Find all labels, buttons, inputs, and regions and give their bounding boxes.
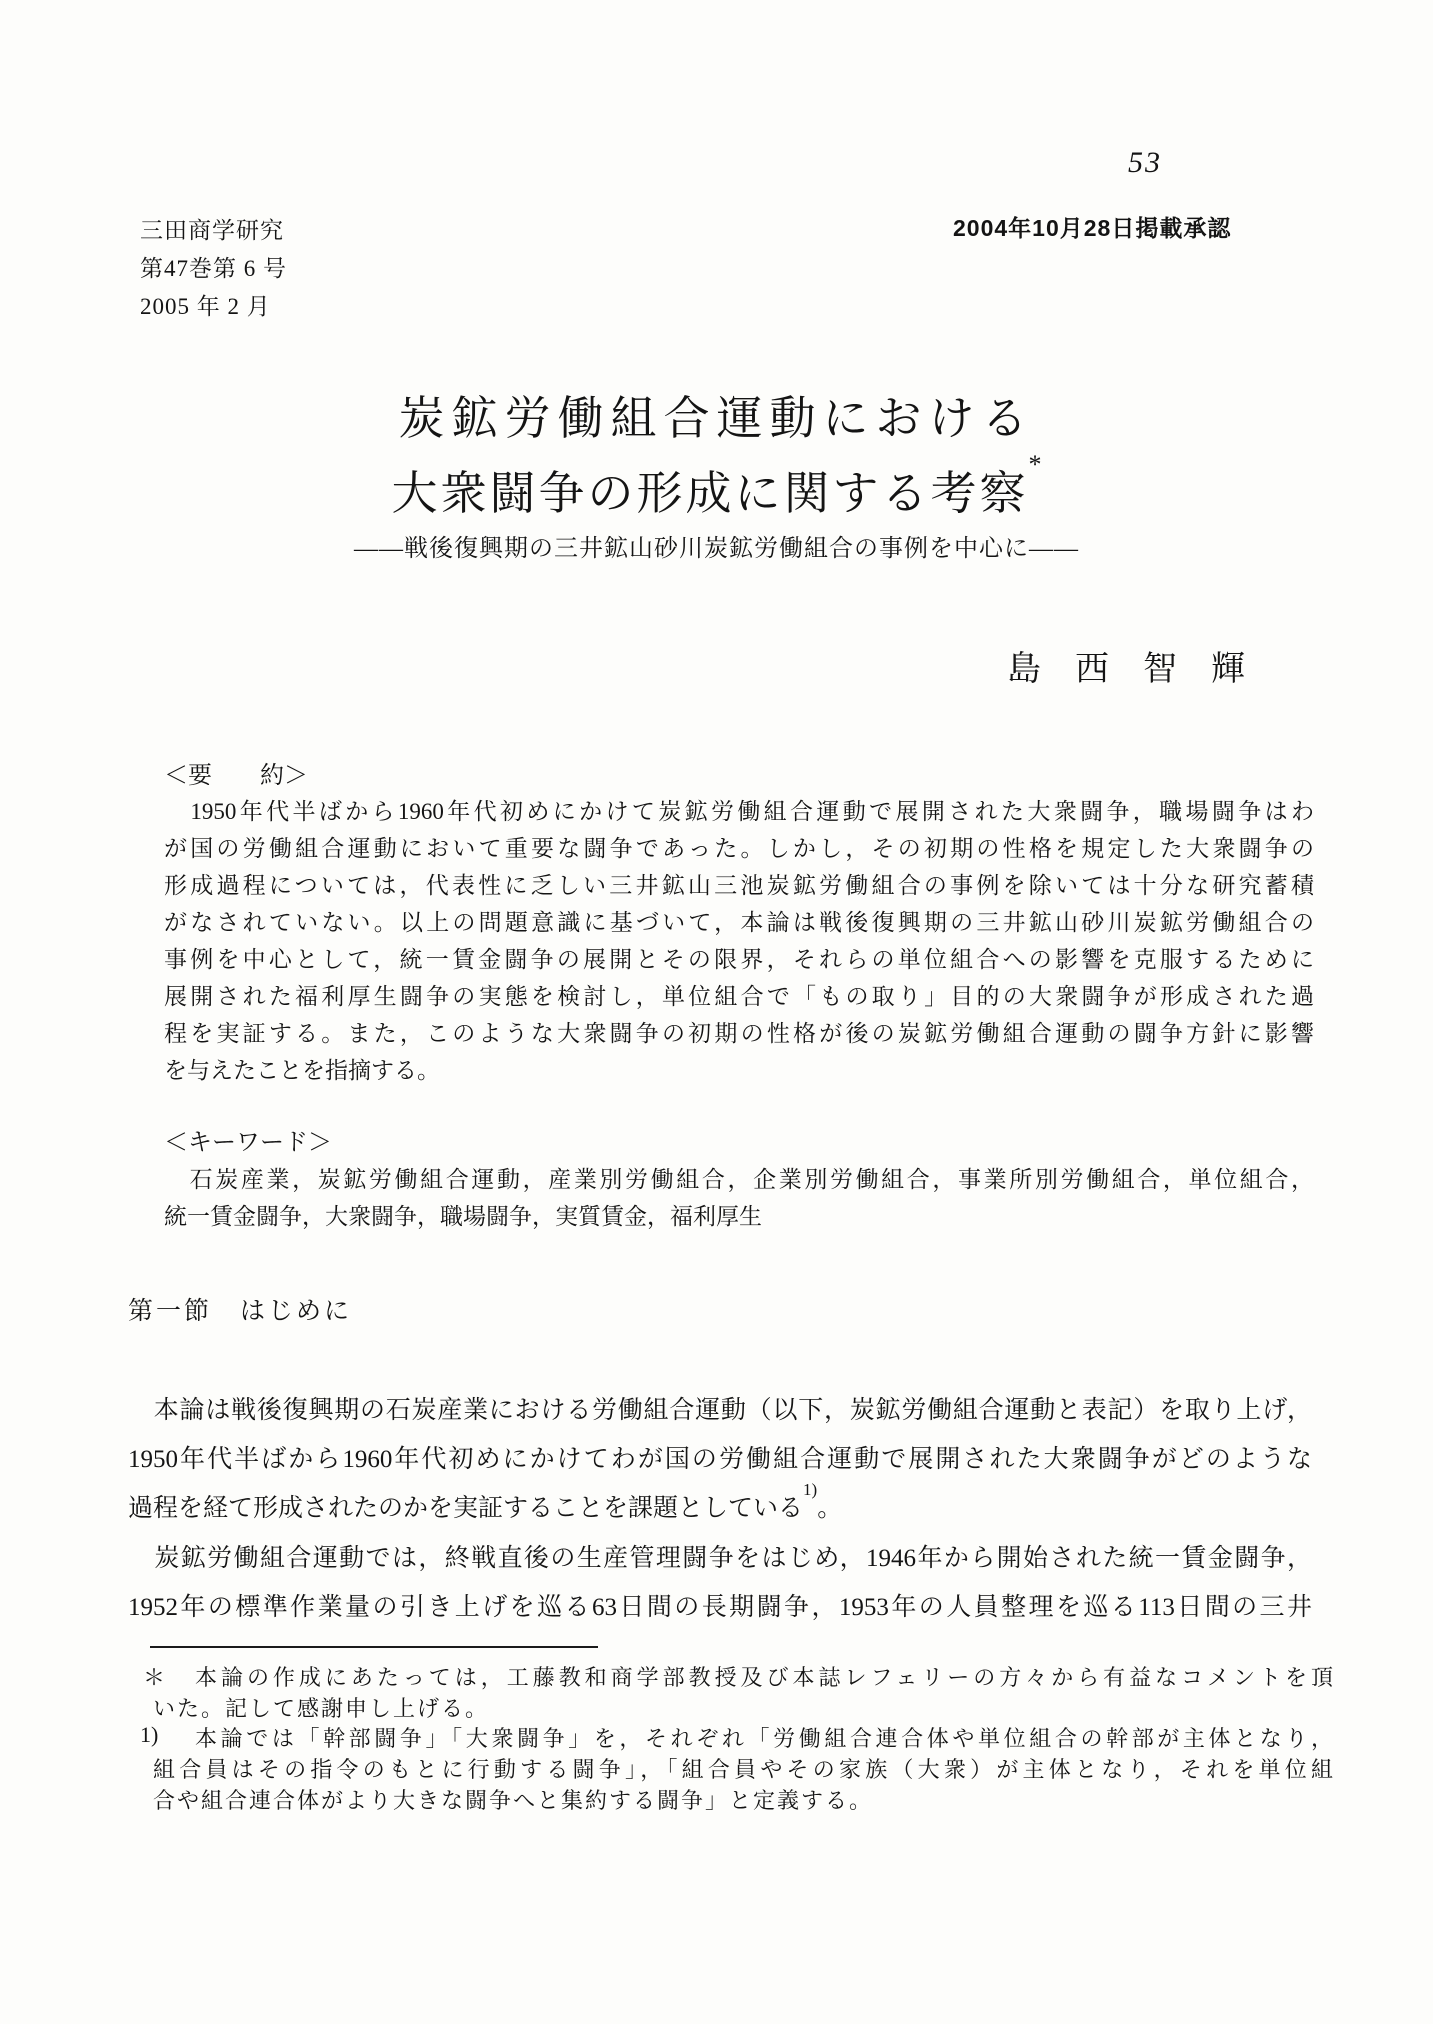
body-paragraph2-line: 1952年の標準作業量の引き上げを巡る63日間の長期闘争，1953年の人員整理を…: [128, 1587, 1312, 1623]
body-paragraph1-line: 過程を経て形成されたのかを実証することを課題としている1)。: [128, 1488, 1312, 1524]
footnote-star-line: いた。記して感謝申し上げる。: [153, 1692, 489, 1723]
journal-name: 三田商学研究: [140, 212, 284, 245]
footnote-1-line: 組合員はその指令のもとに行動する闘争」，「組合員やその家族（大衆）が主体となり，…: [153, 1753, 1335, 1784]
section-heading: 第一節 はじめに: [128, 1291, 352, 1327]
keywords-line: 統一賃金闘争，大衆闘争，職場闘争，実質賃金，福利厚生: [164, 1198, 1314, 1231]
footnote-separator-rule: [150, 1646, 598, 1648]
footnote-1-marker: 1): [140, 1722, 158, 1748]
body-paragraph1-line: 1950年代半ばから1960年代初めにかけてわが国の労働組合運動で展開された大衆…: [128, 1439, 1312, 1475]
keywords-line: 石炭産業，炭鉱労働組合運動，産業別労働組合，企業別労働組合，事業所別労働組合，単…: [164, 1161, 1314, 1194]
paper-subtitle: ——戦後復興期の三井鉱山砂川炭鉱労働組合の事例を中心に——: [0, 528, 1433, 563]
acceptance-note: 2004年10月28日掲載承認: [953, 210, 1231, 243]
abstract-line: 展開された福利厚生闘争の実態を検討し，単位組合で「もの取り」目的の大衆闘争が形成…: [164, 978, 1314, 1011]
footnote-star-line: 本論の作成にあたっては，工藤教和商学部教授及び本誌レフェリーの方々から有益なコメ…: [195, 1661, 1335, 1692]
author-name: 島 西 智 輝: [1007, 641, 1245, 690]
paper-title-line1: 炭鉱労働組合運動における: [0, 382, 1433, 448]
body-paragraph2-line: 炭鉱労働組合運動では，終戦直後の生産管理闘争をはじめ，1946年から開始された統…: [128, 1538, 1312, 1574]
footnote-star-marker: ＊: [143, 1661, 165, 1692]
abstract-line: 程を実証する。また，このような大衆闘争の初期の性格が後の炭鉱労働組合運動の闘争方…: [164, 1015, 1314, 1048]
abstract-line: がなされていない。以上の問題意識に基づいて，本論は戦後復興期の三井鉱山砂川炭鉱労…: [164, 904, 1314, 937]
journal-volume-issue: 第47巻第 6 号: [140, 250, 287, 283]
footnote-ref-1: 1): [803, 1480, 817, 1499]
paper-title-line2: 大衆闘争の形成に関する考察*: [0, 457, 1433, 523]
abstract-line: が国の労働組合運動において重要な闘争であった。しかし，その初期の性格を規定した大…: [164, 830, 1314, 863]
abstract-line: 形成過程については，代表性に乏しい三井鉱山三池炭鉱労働組合の事例を除いては十分な…: [164, 867, 1314, 900]
abstract-line: 1950年代半ばから1960年代初めにかけて炭鉱労働組合運動で展開された大衆闘争…: [164, 793, 1314, 826]
abstract-line: を与えたことを指摘する。: [164, 1052, 1314, 1085]
abstract-line: 事例を中心として，統一賃金闘争の展開とその限界，それらの単位組合への影響を克服す…: [164, 941, 1314, 974]
footnote-1-line: 合や組合連合体がより大きな闘争へと集約する闘争」と定義する。: [153, 1784, 873, 1815]
abstract-heading: ＜要 約＞: [164, 755, 308, 790]
keywords-heading: ＜キーワード＞: [164, 1122, 332, 1157]
body-sentence-period: 。: [817, 1495, 842, 1522]
body-paragraph1-line: 本論は戦後復興期の石炭産業における労働組合運動（以下，炭鉱労働組合運動と表記）を…: [128, 1390, 1312, 1426]
paper-title-line2-text: 大衆闘争の形成に関する考察: [392, 468, 1029, 519]
body-sentence: 過程を経て形成されたのかを実証することを課題としている: [128, 1495, 803, 1522]
journal-issue-date: 2005 年 2 月: [140, 288, 271, 321]
page-number: 53: [1128, 146, 1162, 180]
footnote-1-line: 本論では「幹部闘争」「大衆闘争」を，それぞれ「労働組合連合体や単位組合の幹部が主…: [195, 1722, 1335, 1753]
paper-page: 53 2004年10月28日掲載承認 三田商学研究 第47巻第 6 号 2005…: [0, 0, 1433, 2024]
title-asterisk-footnote-mark: *: [1029, 450, 1042, 479]
